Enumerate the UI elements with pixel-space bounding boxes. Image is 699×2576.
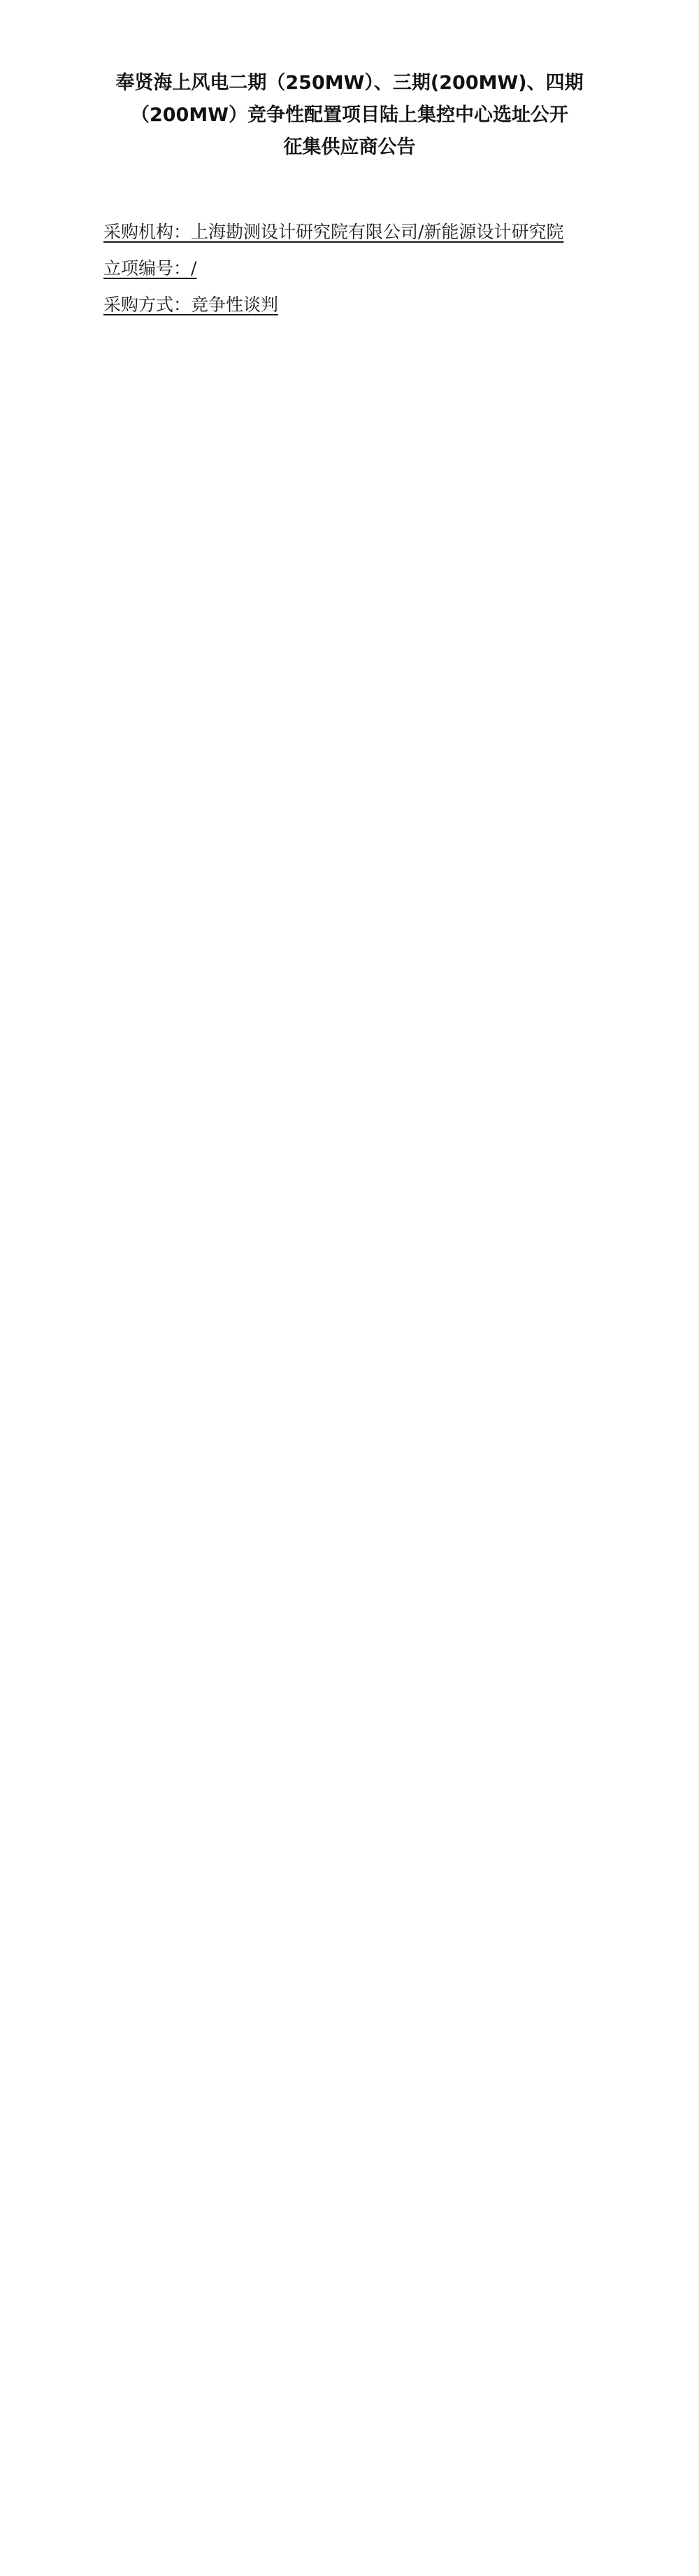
project-number: 立项编号：/ xyxy=(103,250,563,287)
title-line-3: 征集供应商公告 xyxy=(0,131,699,164)
document-title: 奉贤海上风电二期（250MW）、三期(200MW)、四期 （200MW）竞争性配… xyxy=(0,67,699,164)
procurement-info: 采购机构：上海勘测设计研究院有限公司/新能源设计研究院 立项编号：/ 采购方式：… xyxy=(103,214,563,323)
document-page: 奉贤海上风电二期（250MW）、三期(200MW)、四期 （200MW）竞争性配… xyxy=(0,0,699,2576)
procurement-method-label: 采购方式： xyxy=(103,294,191,315)
procurement-method-value: 竞争性谈判 xyxy=(191,294,278,315)
title-line-2: （200MW）竞争性配置项目陆上集控中心选址公开 xyxy=(0,99,699,131)
procurement-org-value: 上海勘测设计研究院有限公司/新能源设计研究院 xyxy=(191,222,563,242)
procurement-method: 采购方式：竞争性谈判 xyxy=(103,287,563,323)
project-number-value: / xyxy=(191,258,196,278)
procurement-org: 采购机构：上海勘测设计研究院有限公司/新能源设计研究院 xyxy=(103,214,563,250)
project-number-label: 立项编号： xyxy=(103,258,191,278)
procurement-org-label: 采购机构： xyxy=(103,222,191,242)
title-line-1: 奉贤海上风电二期（250MW）、三期(200MW)、四期 xyxy=(0,67,699,99)
